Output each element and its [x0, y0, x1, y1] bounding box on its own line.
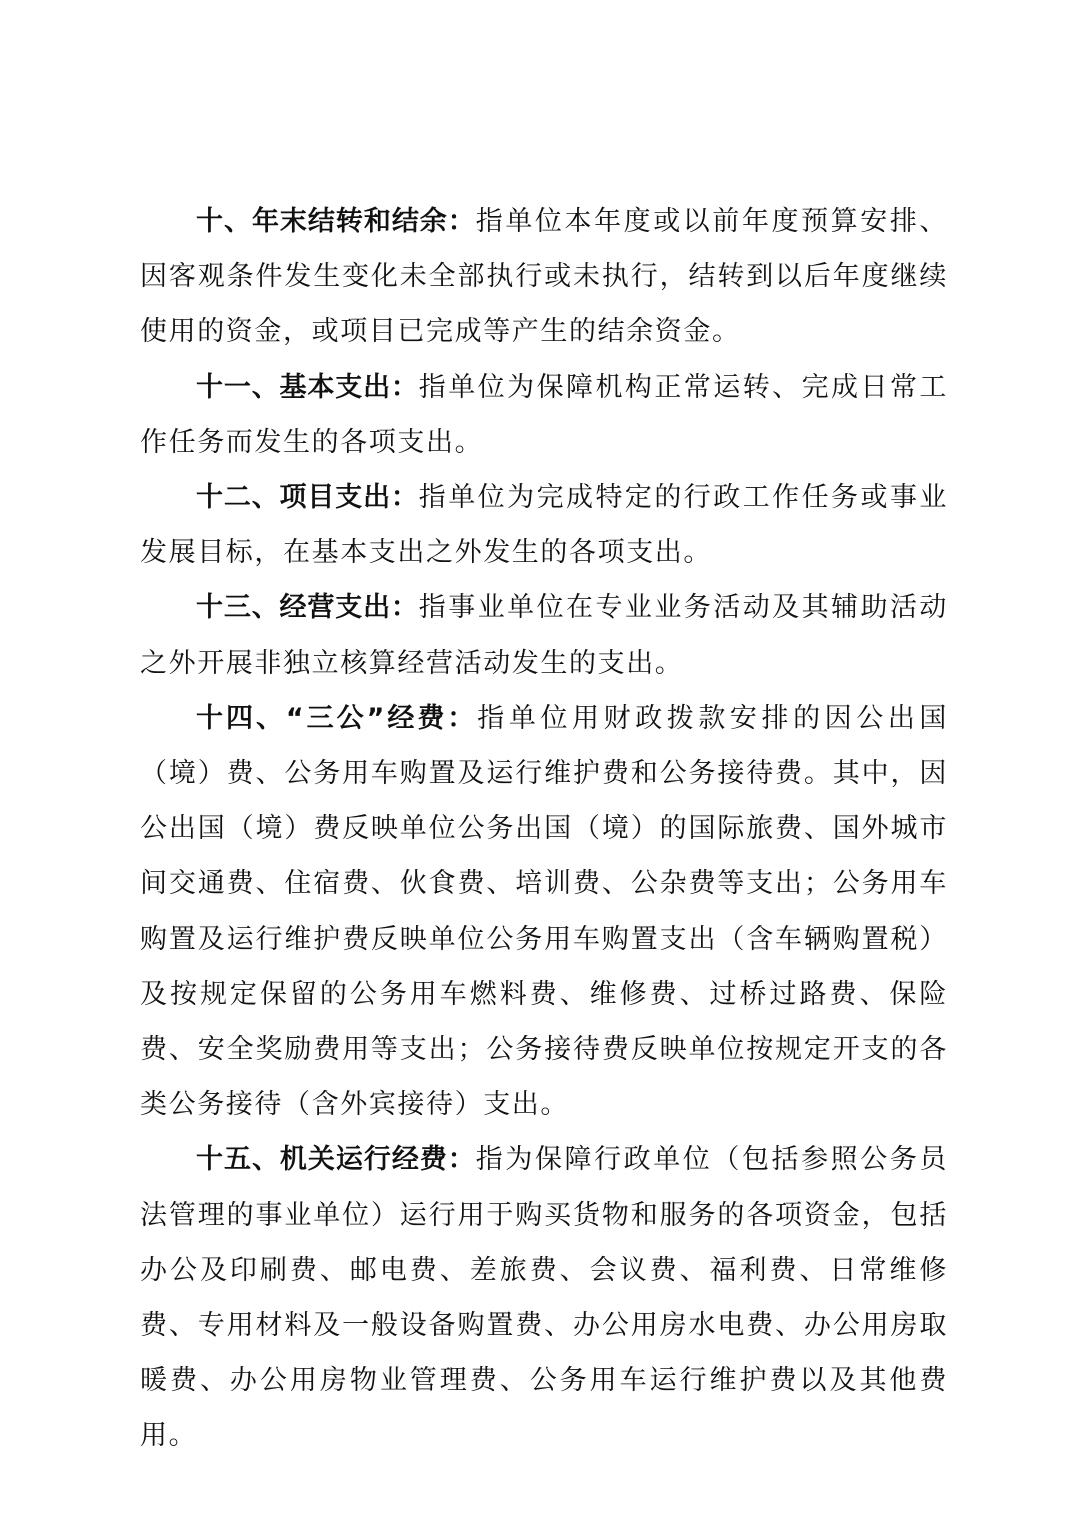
term-definition: 指为保障行政单位（包括参照公务员法管理的事业单位）运行用于购买货物和服务的各项资…: [140, 1144, 948, 1451]
term-heading: 十、年末结转和结余：: [196, 206, 476, 237]
paragraph-year-end-balance: 十、年末结转和结余：指单位本年度或以前年度预算安排、因客观条件发生变化未全部执行…: [140, 194, 948, 360]
term-definition: 指单位用财政拨款安排的因公出国（境）费、公务用车购置及运行维护费和公务接待费。其…: [140, 703, 948, 1120]
term-heading: 十一、基本支出：: [196, 372, 419, 403]
term-heading: 十四、“三公”经费：: [196, 703, 477, 734]
term-heading: 十五、机关运行经费：: [196, 1144, 476, 1175]
paragraph-three-public-expenses: 十四、“三公”经费：指单位用财政拨款安排的因公出国（境）费、公务用车购置及运行维…: [140, 691, 948, 1133]
paragraph-agency-operating-funds: 十五、机关运行经费：指为保障行政单位（包括参照公务员法管理的事业单位）运行用于购…: [140, 1132, 948, 1463]
paragraph-project-expenditure: 十二、项目支出：指单位为完成特定的行政工作任务或事业发展目标，在基本支出之外发生…: [140, 470, 948, 580]
document-page: 十、年末结转和结余：指单位本年度或以前年度预算安排、因客观条件发生变化未全部执行…: [140, 194, 948, 1464]
paragraph-operating-expenditure: 十三、经营支出：指事业单位在专业业务活动及其辅助活动之外开展非独立核算经营活动发…: [140, 580, 948, 690]
term-heading: 十二、项目支出：: [196, 482, 419, 513]
term-heading: 十三、经营支出：: [196, 592, 419, 623]
paragraph-basic-expenditure: 十一、基本支出：指单位为保障机构正常运转、完成日常工作任务而发生的各项支出。: [140, 360, 948, 470]
